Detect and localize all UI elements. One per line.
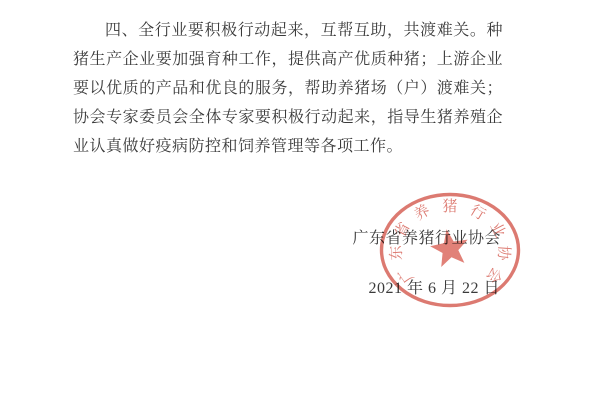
body-line: 猪生产企业要加强育种工作，提供高产优质种猪；上游企业 [73, 45, 503, 74]
body-line: 要以优质的产品和优良的服务，帮助养猪场（户）渡难关； [73, 74, 503, 103]
signature-org-name: 广东省养猪行业协会 [352, 224, 501, 253]
svg-text:行: 行 [467, 202, 489, 224]
svg-text:猪: 猪 [442, 197, 457, 215]
body-line: 协会专家委员会全体专家要积极行动起来，指导生猪养殖企 [73, 103, 503, 132]
svg-text:养: 养 [411, 202, 433, 224]
signature-date: 2021 年 6 月 22 日 [368, 274, 500, 303]
body-paragraph: 四、全行业要积极行动起来，互帮互助，共渡难关。种 猪生产企业要加强育种工作，提供… [73, 16, 503, 161]
document-page: 四、全行业要积极行动起来，互帮互助，共渡难关。种 猪生产企业要加强育种工作，提供… [0, 0, 590, 415]
body-line: 业认真做好疫病防控和饲养管理等各项工作。 [73, 132, 503, 161]
body-line: 四、全行业要积极行动起来，互帮互助，共渡难关。种 [73, 16, 503, 45]
